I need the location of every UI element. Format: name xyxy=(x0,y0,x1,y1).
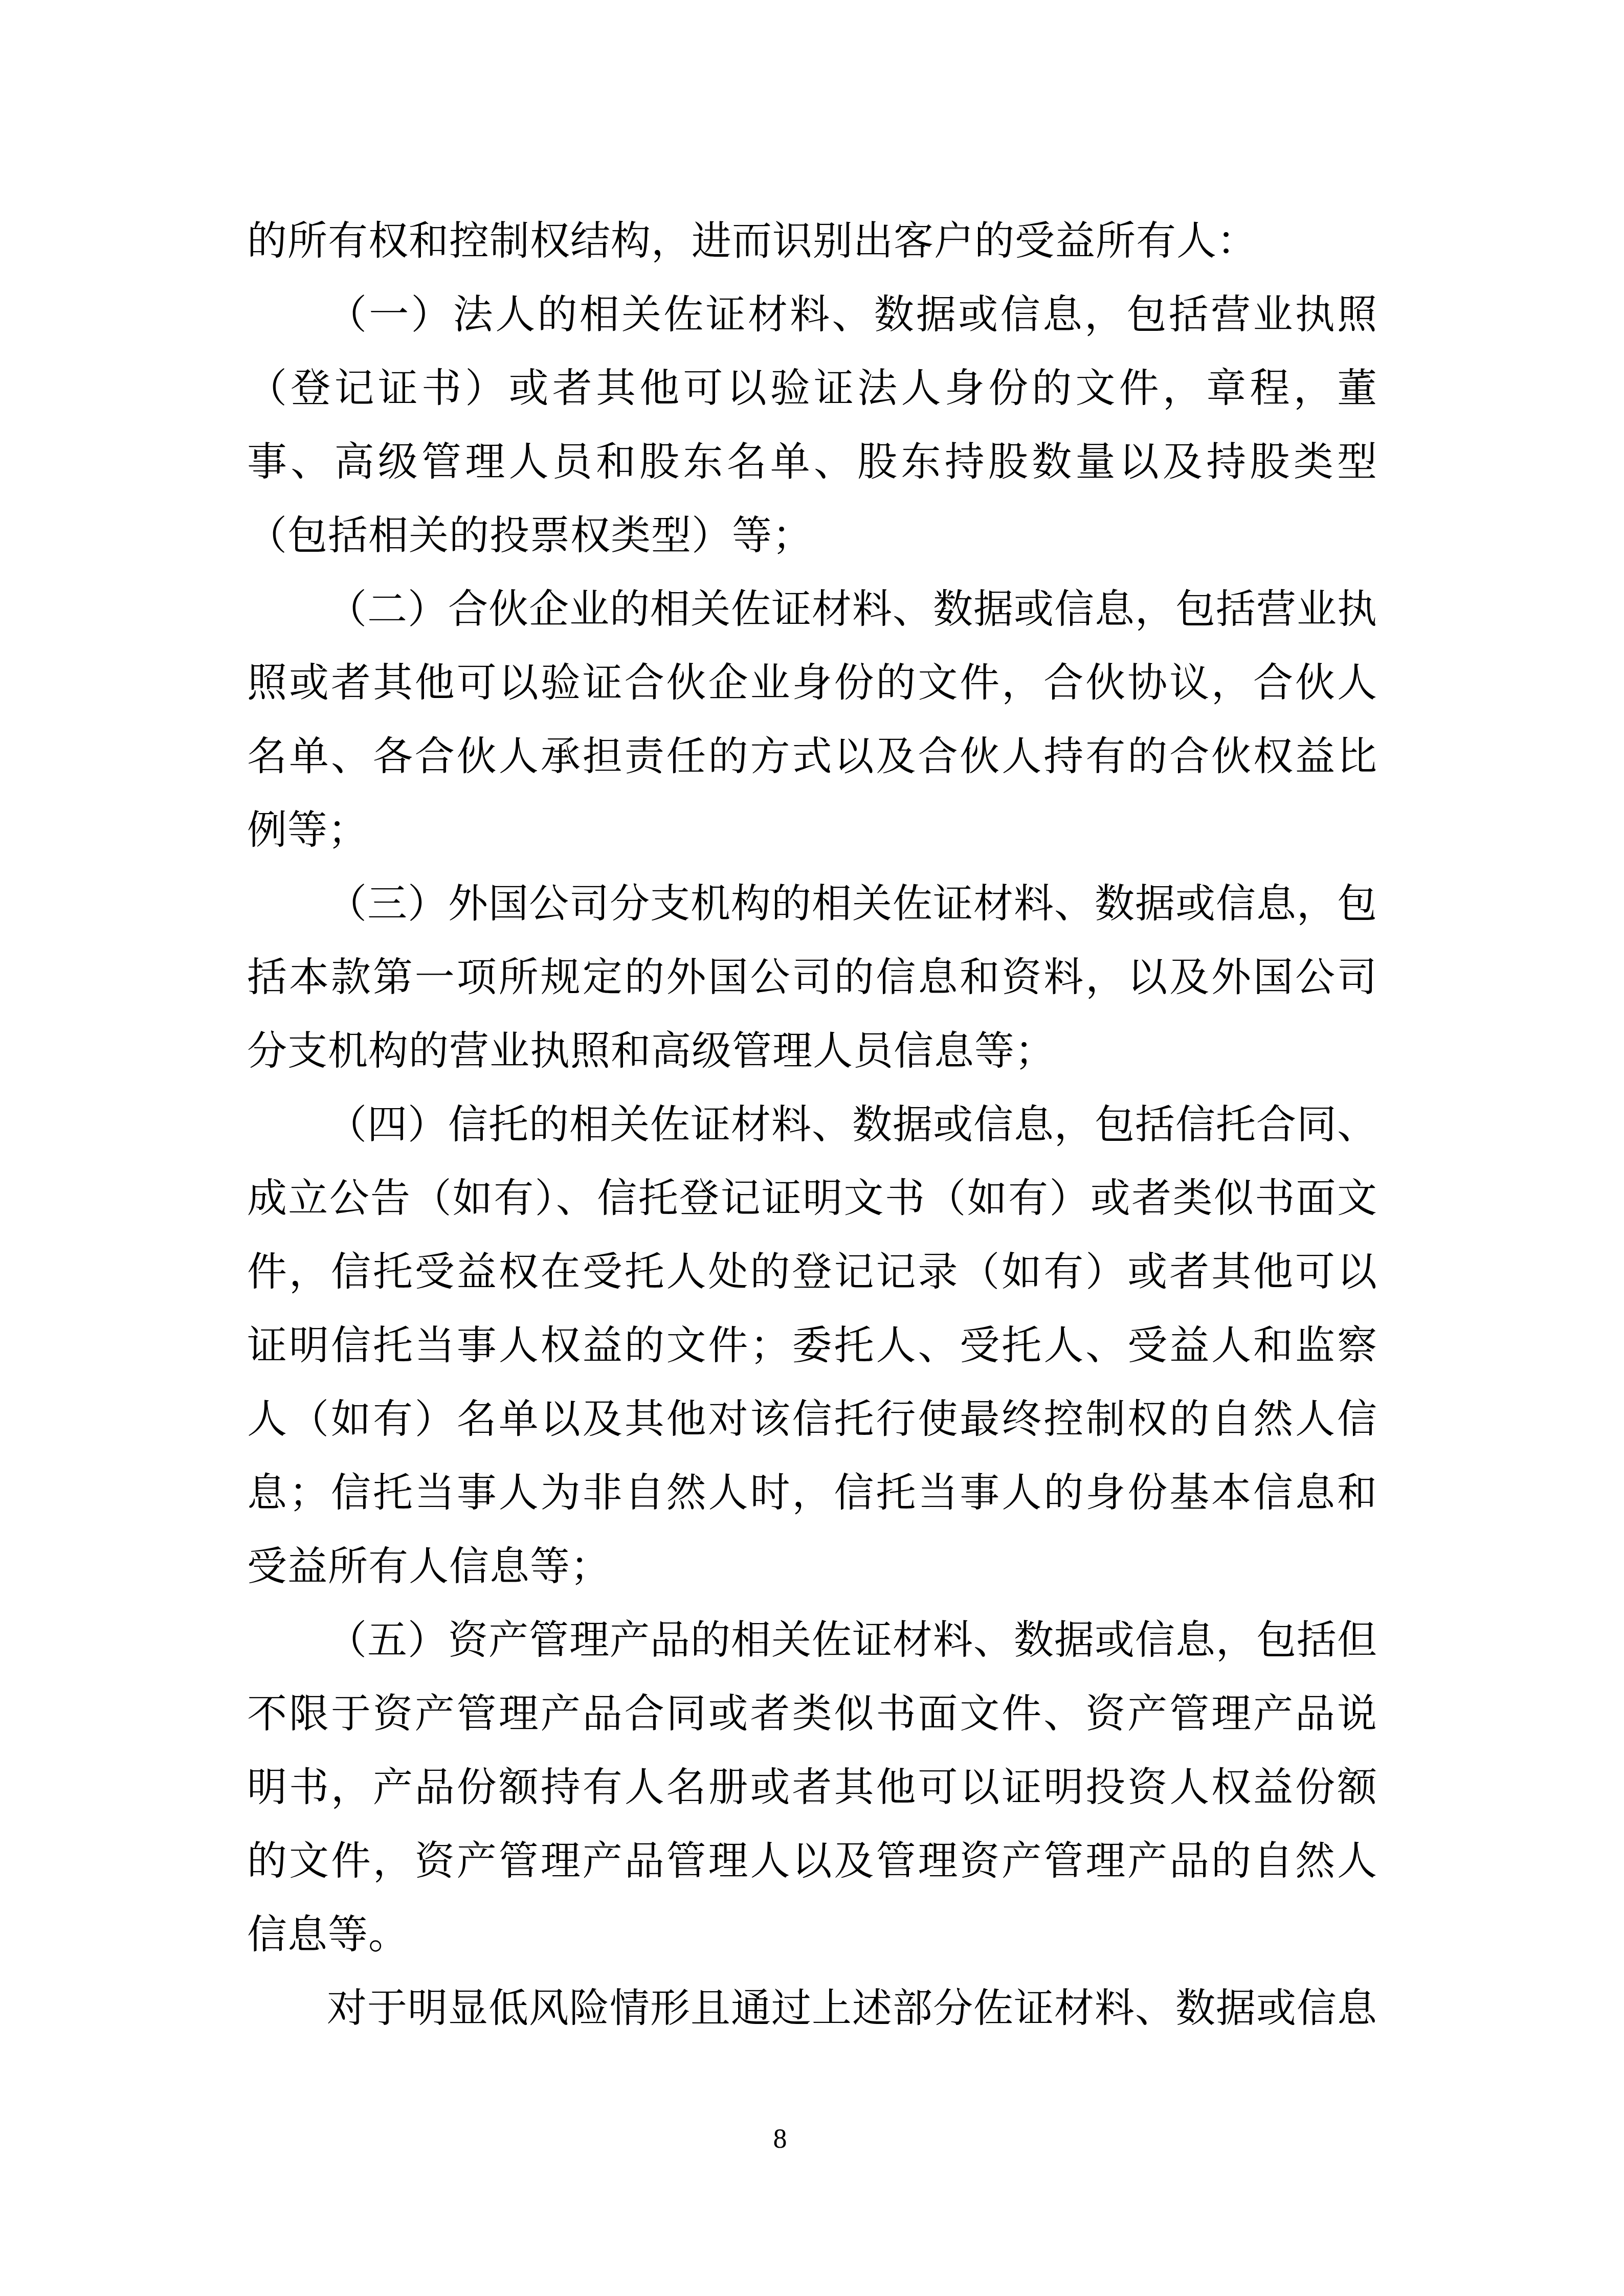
paragraph-item-5: （五）资产管理产品的相关佐证材料、数据或信息，包括但不限于资产管理产品合同或者类… xyxy=(247,1604,1377,1972)
paragraph-item-4: （四）信托的相关佐证材料、数据或信息，包括信托合同、成立公告（如有）、信托登记证… xyxy=(247,1088,1377,1604)
paragraph-item-3: （三）外国公司分支机构的相关佐证材料、数据或信息，包括本款第一项所规定的外国公司… xyxy=(247,867,1377,1088)
paragraph-continuation: 的所有权和控制权结构，进而识别出客户的受益所有人： xyxy=(247,205,1377,278)
paragraph-item-2: （二）合伙企业的相关佐证材料、数据或信息，包括营业执照或者其他可以验证合伙企业身… xyxy=(247,573,1377,867)
page-number: 8 xyxy=(0,2123,1560,2154)
document-page: 的所有权和控制权结构，进而识别出客户的受益所有人： （一）法人的相关佐证材料、数… xyxy=(0,0,1624,2296)
paragraph-item-1: （一）法人的相关佐证材料、数据或信息，包括营业执照（登记证书）或者其他可以验证法… xyxy=(247,278,1377,573)
body-text: 的所有权和控制权结构，进而识别出客户的受益所有人： （一）法人的相关佐证材料、数… xyxy=(247,205,1377,2045)
paragraph-closing: 对于明显低风险情形且通过上述部分佐证材料、数据或信息 xyxy=(247,1972,1377,2045)
